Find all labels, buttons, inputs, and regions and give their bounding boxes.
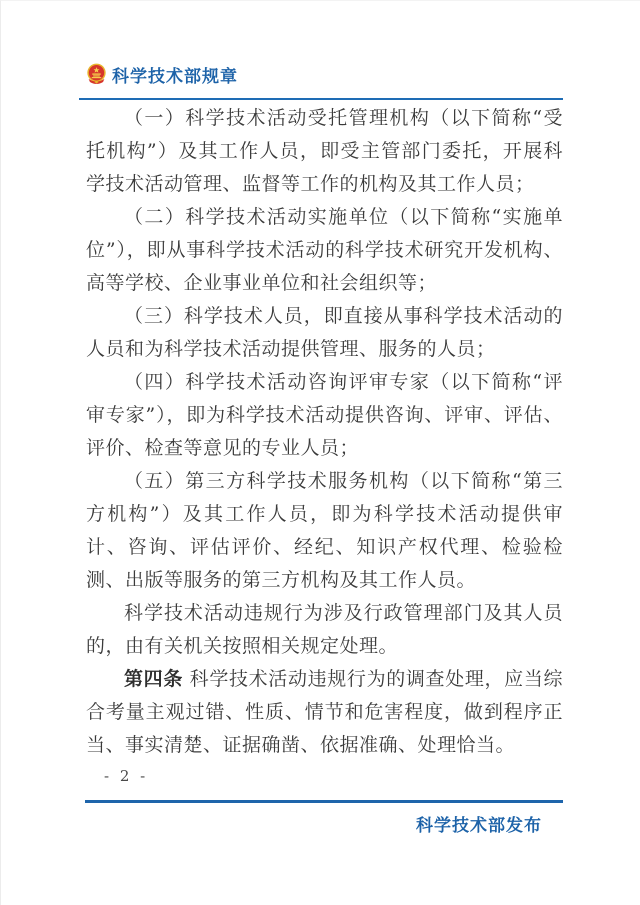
document-body: （一）科学技术活动受托管理机构（以下简称“受托机构”）及其工作人员，即受主管部门… — [86, 102, 563, 762]
clause-paragraph-1: （一）科学技术活动受托管理机构（以下简称“受托机构”）及其工作人员，即受主管部门… — [86, 102, 563, 201]
publisher: 科学技术部发布 — [86, 811, 542, 836]
page-number: - 2 - — [104, 767, 148, 785]
article-number: 第四条 — [124, 668, 183, 690]
footer-divider — [85, 800, 563, 803]
supplementary-paragraph: 科学技术活动违规行为涉及行政管理部门及其人员的，由有关机关按照相关规定处理。 — [86, 597, 563, 663]
document-type-title: 科学技术部规章 — [112, 62, 238, 87]
clause-paragraph-2: （二）科学技术活动实施单位（以下简称“实施单位”），即从事科学技术活动的科学技术… — [86, 201, 563, 300]
article-4-paragraph: 第四条 科学技术活动违规行为的调查处理，应当综合考量主观过错、性质、情节和危害程… — [86, 663, 563, 762]
document-page: 科学技术部规章 （一）科学技术活动受托管理机构（以下简称“受托机构”）及其工作人… — [0, 0, 640, 905]
header-divider — [79, 98, 563, 100]
prc-national-emblem-icon — [86, 63, 107, 86]
clause-paragraph-4: （四）科学技术活动咨询评审专家（以下简称“评审专家”），即为科学技术活动提供咨询… — [86, 366, 563, 465]
clause-paragraph-5: （五）第三方科学技术服务机构（以下简称“第三方机构”）及其工作人员，即为科学技术… — [86, 465, 563, 597]
document-header: 科学技术部规章 — [86, 61, 238, 87]
clause-paragraph-3: （三）科学技术人员，即直接从事科学技术活动的人员和为科学技术活动提供管理、服务的… — [86, 300, 563, 366]
